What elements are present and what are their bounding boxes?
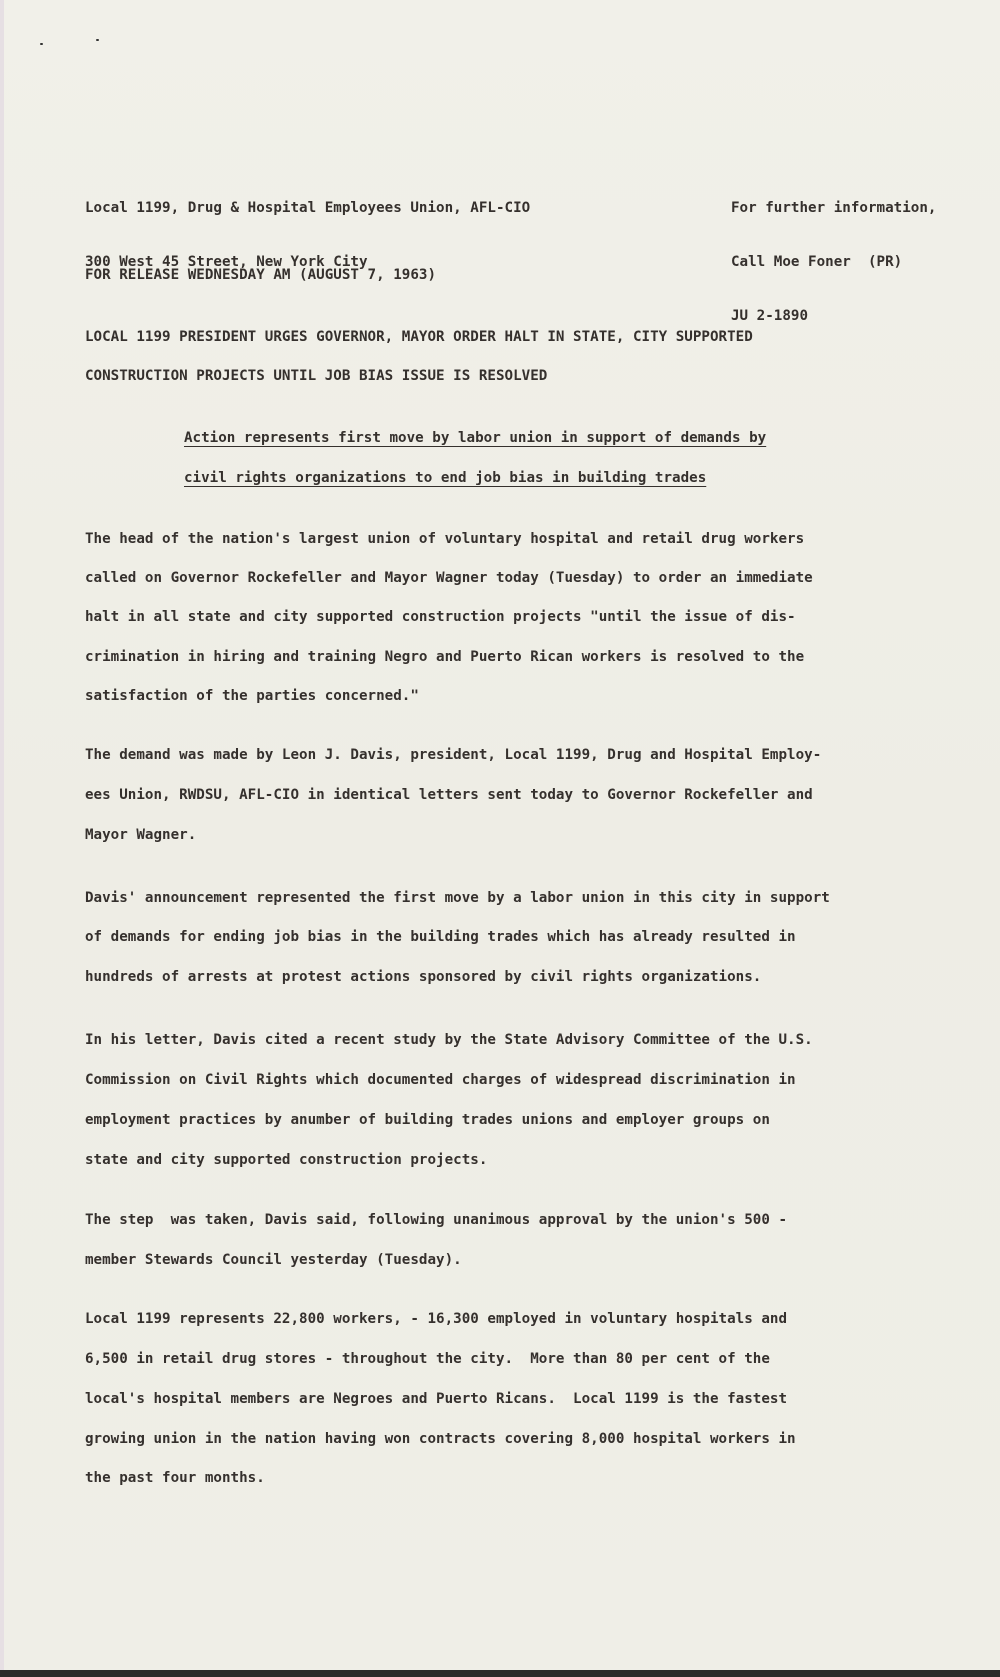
- contact-intro: For further information,: [731, 199, 936, 217]
- release-date: FOR RELEASE WEDNESDAY AM (AUGUST 7, 1963…: [85, 266, 436, 284]
- paragraph-line: The head of the nation's largest union o…: [85, 530, 804, 548]
- paragraph-line: 6,500 in retail drug stores - throughout…: [85, 1350, 770, 1368]
- document-page: Local 1199, Drug & Hospital Employees Un…: [0, 0, 1000, 1670]
- paper-speck: [40, 43, 43, 45]
- paragraph-line: satisfaction of the parties concerned.": [85, 687, 419, 705]
- paragraph-line: called on Governor Rockefeller and Mayor…: [85, 569, 813, 587]
- org-name: Local 1199, Drug & Hospital Employees Un…: [85, 199, 530, 217]
- subhead-line-2: civil rights organizations to end job bi…: [184, 469, 706, 487]
- paragraph-line: crimination in hiring and training Negro…: [85, 648, 804, 666]
- headline-line-1: LOCAL 1199 PRESIDENT URGES GOVERNOR, MAY…: [85, 328, 753, 346]
- paragraph-line: local's hospital members are Negroes and…: [85, 1390, 787, 1408]
- contact-block: For further information, Call Moe Foner …: [731, 163, 936, 361]
- contact-name: Call Moe Foner (PR): [731, 253, 936, 271]
- paragraph-line: Commission on Civil Rights which documen…: [85, 1071, 796, 1089]
- paragraph-line: Local 1199 represents 22,800 workers, - …: [85, 1310, 787, 1328]
- scan-bottom-edge: [0, 1670, 1000, 1677]
- subhead-line-1: Action represents first move by labor un…: [184, 429, 766, 447]
- org-letterhead: Local 1199, Drug & Hospital Employees Un…: [85, 163, 530, 307]
- paragraph-line: halt in all state and city supported con…: [85, 608, 796, 626]
- contact-phone: JU 2-1890: [731, 307, 936, 325]
- paragraph-line: Mayor Wagner.: [85, 826, 196, 844]
- paragraph-line: the past four months.: [85, 1469, 265, 1487]
- paragraph-line: ees Union, RWDSU, AFL-CIO in identical l…: [85, 786, 813, 804]
- paragraph-line: growing union in the nation having won c…: [85, 1430, 796, 1448]
- paragraph-line: The demand was made by Leon J. Davis, pr…: [85, 746, 821, 764]
- paragraph-line: state and city supported construction pr…: [85, 1151, 487, 1169]
- page-edge: [0, 0, 4, 1670]
- paragraph-line: In his letter, Davis cited a recent stud…: [85, 1031, 813, 1049]
- headline-line-2: CONSTRUCTION PROJECTS UNTIL JOB BIAS ISS…: [85, 367, 547, 385]
- paper-speck: [96, 39, 99, 41]
- paragraph-line: The step was taken, Davis said, followin…: [85, 1211, 787, 1229]
- paragraph-line: member Stewards Council yesterday (Tuesd…: [85, 1251, 462, 1269]
- paragraph-line: employment practices by anumber of build…: [85, 1111, 770, 1129]
- paragraph-line: Davis' announcement represented the firs…: [85, 889, 830, 907]
- paragraph-line: of demands for ending job bias in the bu…: [85, 928, 796, 946]
- paragraph-line: hundreds of arrests at protest actions s…: [85, 968, 761, 986]
